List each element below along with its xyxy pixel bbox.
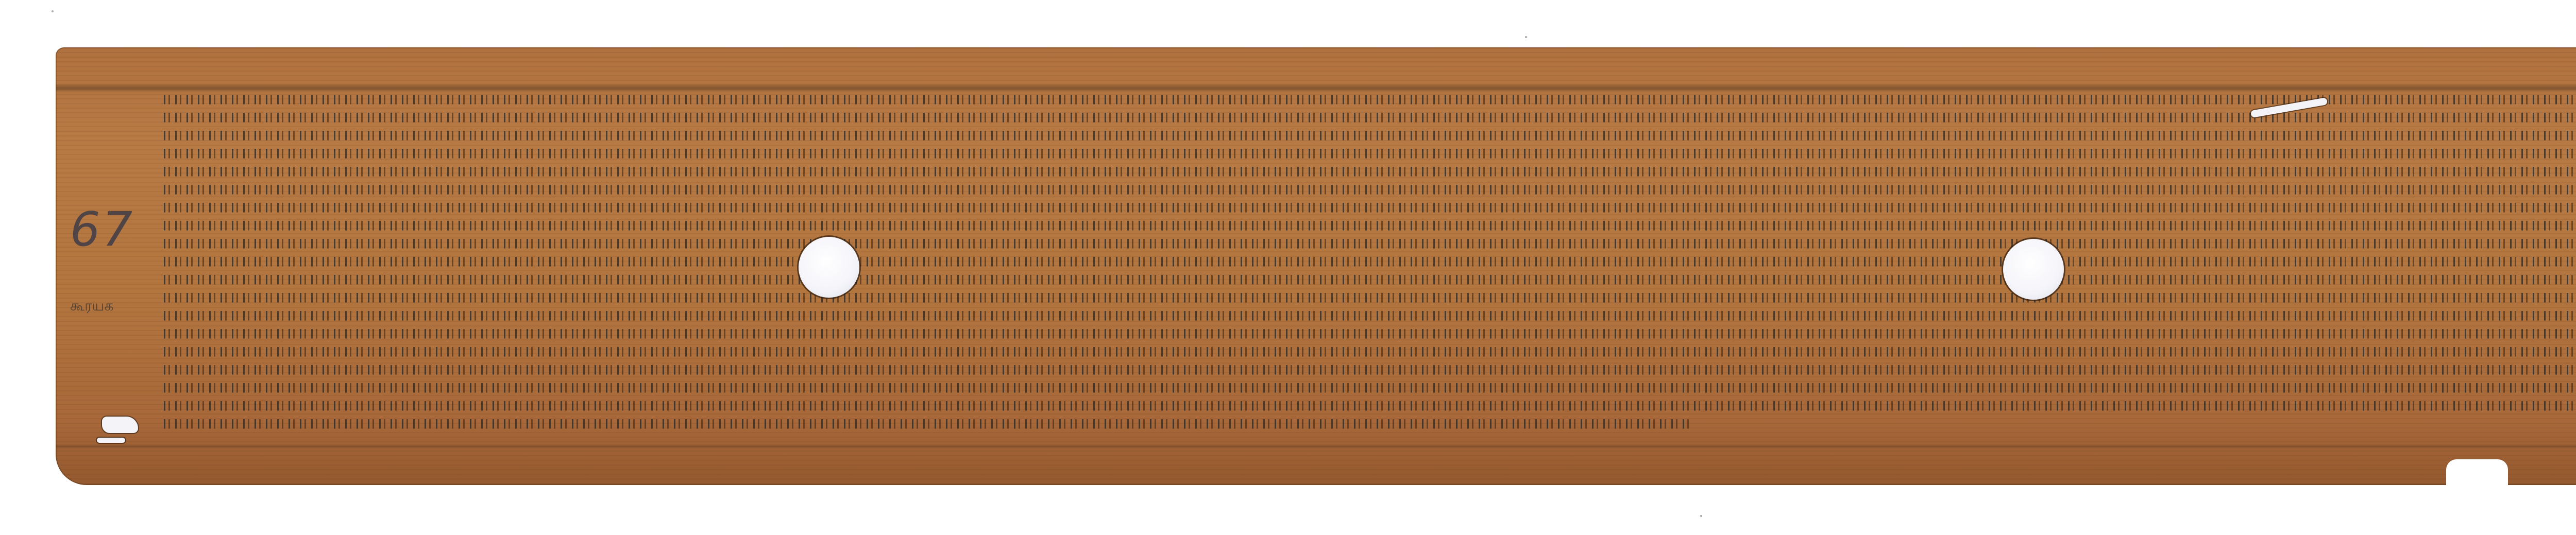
script-line (164, 163, 2576, 180)
script-line (164, 361, 2576, 378)
binding-hole-left (799, 237, 859, 298)
script-line (164, 145, 2576, 162)
script-line (164, 307, 2576, 324)
script-line (164, 235, 2576, 252)
script-line (164, 379, 2576, 396)
left-folio-mark: 67 (70, 202, 134, 257)
scan-speck (52, 10, 54, 12)
binding-hole-right (2003, 239, 2064, 300)
manuscript-text (164, 91, 2576, 433)
script-line (164, 343, 2576, 360)
script-line (164, 271, 2576, 288)
script-line (164, 415, 1694, 432)
script-line (164, 199, 2576, 216)
script-line (164, 253, 2576, 270)
script-line (164, 217, 2576, 234)
script-line (164, 181, 2576, 198)
script-line (164, 397, 2576, 414)
palm-leaf: 67 67 கூரயக (56, 47, 2576, 485)
left-margin-note: கூரயக (70, 297, 113, 316)
tear-bottom-left-small (97, 438, 125, 443)
scan-speck (1700, 515, 1702, 517)
script-line (164, 127, 2576, 144)
script-line (164, 109, 2576, 126)
scan-speck (1525, 36, 1527, 38)
tear-bottom-left (102, 417, 138, 433)
script-line (164, 91, 2576, 108)
script-line (164, 325, 2576, 342)
bottom-notch (2446, 459, 2508, 490)
script-line (164, 289, 2576, 306)
